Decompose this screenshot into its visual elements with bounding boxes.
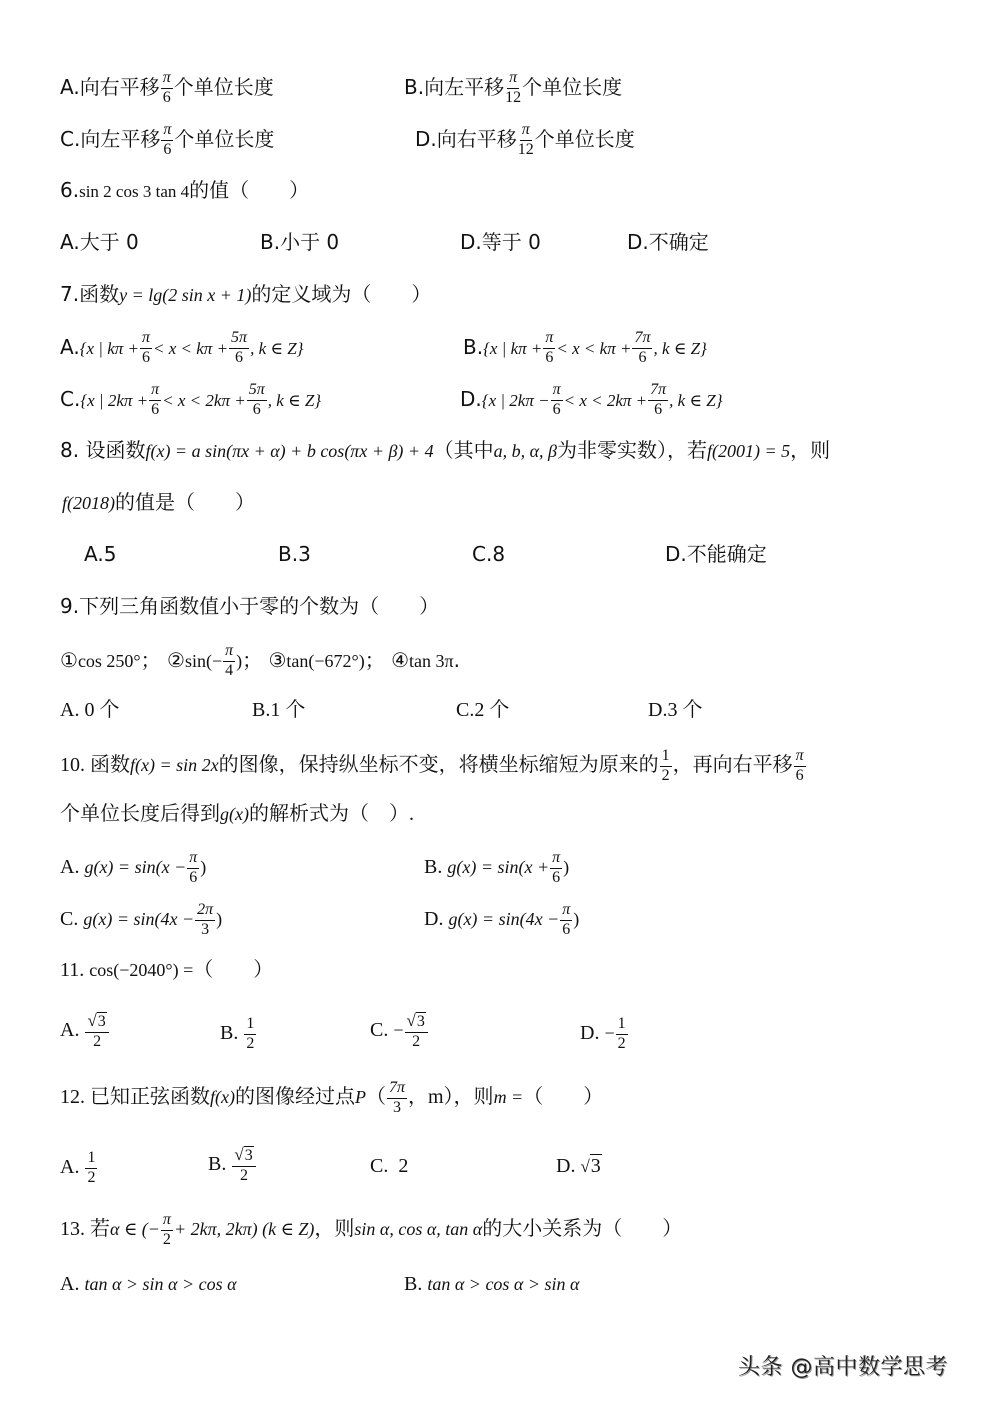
- q12-option-c: C. 2: [370, 1156, 408, 1176]
- question-13: 13. 若α ∈ (−π2+ 2kπ, 2kπ) (k ∈ Z)，则sin α,…: [60, 1212, 682, 1249]
- question-number: 6.: [60, 178, 79, 202]
- q5-option-a: A.向右平移π6个单位长度: [60, 70, 274, 107]
- question-number: 7.: [60, 282, 79, 306]
- fraction: π6: [161, 122, 173, 159]
- q13-option-a: A. tan α > sin α > cos α: [60, 1274, 237, 1294]
- q11-option-c: C. −√32: [370, 1012, 429, 1051]
- question-7: 7.函数y = lg(2 sin x + 1)的定义域为（ ）: [60, 284, 431, 304]
- question-11: 11. cos(−2040°) =（ ）: [60, 960, 273, 980]
- q13-option-b: B. tan α > cos α > sin α: [404, 1274, 579, 1294]
- q6-option-d: D.不确定: [627, 232, 709, 252]
- q11-option-a: A. √32: [60, 1012, 110, 1051]
- q10-option-c: C. g(x) = sin(4x −2π3): [60, 902, 222, 939]
- option-label: B.: [404, 75, 424, 99]
- q5-option-c: C.向左平移π6个单位长度: [60, 122, 274, 159]
- q9-option-b: B.1 个: [252, 700, 305, 720]
- q11-option-b: B. 12: [220, 1016, 257, 1053]
- q5-option-d: D.向右平移π12个单位长度: [415, 122, 635, 159]
- q11-option-d: D. −12: [580, 1016, 629, 1053]
- fraction: π12: [518, 122, 534, 159]
- question-9: 9.下列三角函数值小于零的个数为（ ）: [60, 596, 439, 616]
- fraction: π12: [505, 70, 521, 107]
- q8-option-b: B.3: [278, 544, 311, 564]
- q10-option-a: A. g(x) = sin(x −π6): [60, 850, 206, 887]
- q6-option-c: D.等于 0: [460, 232, 541, 252]
- q6-option-b: B.小于 0: [260, 232, 339, 252]
- q5-option-b: B.向左平移π12个单位长度: [404, 70, 622, 107]
- q12-option-d: D. √3: [556, 1156, 602, 1176]
- math-expr: sin 2 cos 3 tan 4: [79, 182, 189, 201]
- watermark: 头条 @高中数学思考: [738, 1350, 948, 1381]
- question-8: 8. 设函数f(x) = a sin(πx + α) + b cos(πx + …: [60, 440, 830, 460]
- math-expr: y = lg(2 sin x + 1): [119, 285, 251, 305]
- q8-option-d: D.不能确定: [665, 544, 767, 564]
- question-6: 6.sin 2 cos 3 tan 4的值（ ）: [60, 180, 309, 200]
- question-8-line2: f(2018)的值是（ ）: [62, 492, 255, 512]
- q7-option-b: B.{x | kπ +π6< x < kπ +7π6, k ∈ Z}: [463, 330, 707, 367]
- question-10-line2: 个单位长度后得到g(x)的解析式为（ ）.: [60, 804, 414, 824]
- q12-option-b: B. √32: [208, 1146, 257, 1185]
- fraction: π6: [161, 70, 173, 107]
- q9-option-d: D.3 个: [648, 700, 702, 720]
- q10-option-d: D. g(x) = sin(4x −π6): [424, 902, 579, 939]
- q10-option-b: B. g(x) = sin(x +π6): [424, 850, 569, 887]
- q12-option-a: A. 12: [60, 1150, 98, 1187]
- q8-option-c: C.8: [472, 544, 505, 564]
- question-10: 10. 函数f(x) = sin 2x的图像，保持纵坐标不变，将横坐标缩短为原来…: [60, 748, 807, 785]
- option-label: D.: [415, 127, 437, 151]
- option-label: A.: [60, 75, 80, 99]
- q7-option-c: C.{x | 2kπ +π6< x < 2kπ +5π6, k ∈ Z}: [60, 382, 321, 419]
- q9-option-a: A. 0 个: [60, 700, 119, 720]
- q9-option-c: C.2 个: [456, 700, 509, 720]
- q8-option-a: A.5: [84, 544, 116, 564]
- q7-option-a: A.{x | kπ +π6< x < kπ +5π6, k ∈ Z}: [60, 330, 303, 367]
- q6-option-a: A.大于 0: [60, 232, 139, 252]
- option-label: C.: [60, 127, 80, 151]
- question-12: 12. 已知正弦函数f(x)的图像经过点P（7π3，m），则m =（ ）: [60, 1080, 603, 1117]
- q7-option-d: D.{x | 2kπ −π6< x < 2kπ +7π6, k ∈ Z}: [460, 382, 723, 419]
- question-9-items: ①cos 250°； ②sin(−π4)； ③tan(−672°)； ④tan …: [60, 643, 460, 680]
